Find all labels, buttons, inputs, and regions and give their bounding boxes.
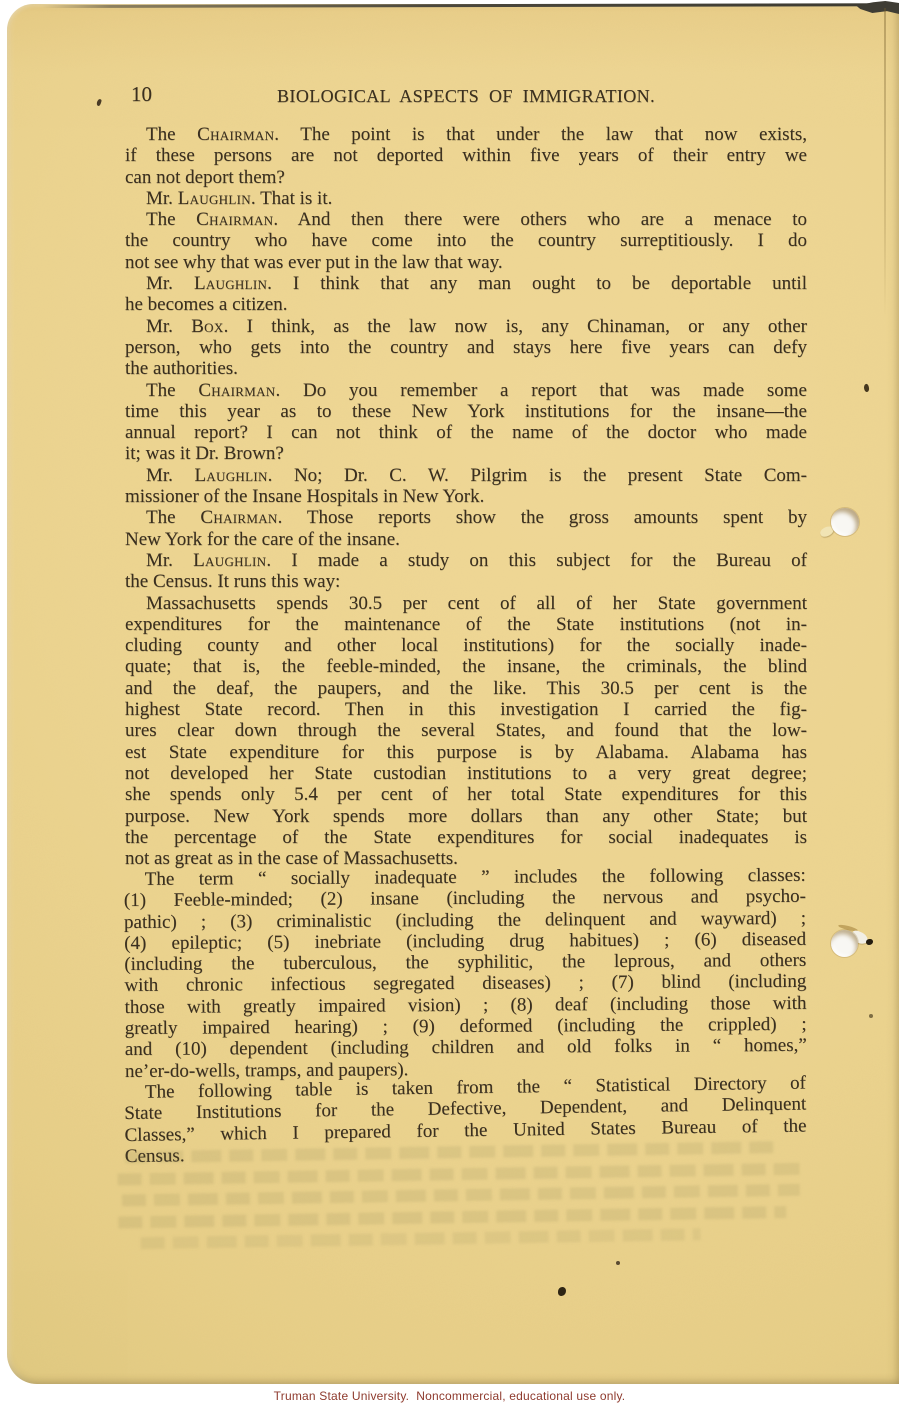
text-segment: the country who have come into the count… [125,230,807,251]
speaker-name: Laughlin [194,273,267,294]
text-segment: not as great as in the case of Massachus… [125,848,458,869]
paragraph: The term “ socially inadequate ” include… [124,865,807,1082]
paragraph: Massachusetts spends 30.5 per cent of al… [125,593,807,870]
text-line: Mr. Laughlin. I think that any man ought… [125,273,807,294]
text-segment: not see why that was ever put in the law… [125,252,503,273]
page-content: 10 BIOLOGICAL ASPECTS OF IMMIGRATION. Th… [0,0,899,1407]
speaker-name: Laughlin [194,465,267,486]
text-line: not developed her State custodian instit… [125,763,807,784]
text-line: The Chairman. The point is that under th… [125,124,807,145]
paragraph: The Chairman. Do you remember a report t… [125,380,807,465]
text-segment: . That is it. [251,188,332,209]
text-line: time this year as to these New York inst… [125,401,807,422]
text-line: the Census. It runs this way: [125,571,807,592]
text-line: expenditures for the maintenance of the … [125,614,807,635]
text-line: he becomes a citizen. [125,294,807,315]
footer-credit: Truman State University. Noncommercial, … [274,1389,626,1403]
text-line: The Chairman. Do you remember a report t… [125,380,807,401]
text-line: The Chairman. Those reports show the gro… [125,507,807,528]
text-segment: . I made a study on this subject for the… [266,550,807,571]
paragraph: The Chairman. The point is that under th… [125,124,807,188]
text-segment: purpose. New York spends more dollars th… [125,806,807,827]
punch-hole [831,930,858,957]
text-segment: est State expenditure for this purpose i… [125,742,807,763]
text-segment: the percentage of the State expenditures… [125,827,807,848]
text-line: Mr. Box. I think, as the law now is, any… [125,316,807,337]
text-segment: Mr. [146,316,191,337]
text-segment: The [146,380,198,401]
text-segment: The [146,124,197,145]
paragraph: Mr. Laughlin. No; Dr. C. W. Pilgrim is t… [125,465,807,508]
text-segment: she spends only 5.4 per cent of her tota… [125,784,807,805]
text-line: the percentage of the State expenditures… [125,827,807,848]
text-segment: cluding county and other local instituti… [125,635,807,656]
text-segment: the authorities. [125,358,238,379]
text-line: ures clear down through the several Stat… [125,720,807,741]
text-segment: . No; Dr. C. W. Pilgrim is the present S… [268,465,807,486]
text-line: cluding county and other local instituti… [125,635,807,656]
speaker-name: Laughlin [193,550,266,571]
underlying-page-edge [884,8,886,318]
text-segment: quate; that is, the feeble-minded, the i… [125,656,807,677]
text-line: it; was it Dr. Brown? [125,443,807,464]
text-line: person, who gets into the country and st… [125,337,807,358]
punch-hole [831,508,859,536]
text-line: annual report? I can not think of the na… [125,422,807,443]
text-segment: . I think that any man ought to be depor… [267,273,807,294]
text-line: purpose. New York spends more dollars th… [125,806,807,827]
text-line: she spends only 5.4 per cent of her tota… [125,784,807,805]
text-segment: Mr. [146,273,194,294]
text-line: highest State record. Then in this inves… [125,699,807,720]
text-segment: . And then there were others who are a m… [273,209,807,230]
ghost-text-line [118,1206,786,1228]
text-line: quate; that is, the feeble-minded, the i… [125,656,807,677]
bleed-through-text [117,1141,819,1259]
footer-strip: Truman State University. Noncommercial, … [0,1384,899,1407]
ink-speck [869,1014,873,1018]
text-line: The Chairman. And then there were others… [125,209,807,230]
text-line: the country who have come into the count… [125,230,807,251]
text-segment: not developed her State custodian instit… [125,763,807,784]
paragraph: Mr. Laughlin. That is it. [125,188,807,209]
text-line: Mr. Laughlin. That is it. [125,188,807,209]
text-segment: Mr. [146,550,193,571]
text-line: if these persons are not deported within… [125,145,807,166]
text-line: not see why that was ever put in the law… [125,252,807,273]
text-segment: can not deport them? [125,167,285,188]
paragraph: Mr. Box. I think, as the law now is, any… [125,316,807,380]
text-segment: ures clear down through the several Stat… [125,720,807,741]
text-line: Massachusetts spends 30.5 per cent of al… [125,593,807,614]
text-segment: . Do you remember a report that was made… [276,380,808,401]
speaker-name: Chairman [198,380,275,401]
text-segment: he becomes a citizen. [125,294,287,315]
text-segment: . I think, as the law now is, any Chinam… [224,316,807,337]
speaker-name: Chairman [197,124,274,145]
ghost-text-line [141,1228,701,1249]
text-segment: person, who gets into the country and st… [125,337,807,358]
paragraph: The Chairman. Those reports show the gro… [125,507,807,550]
running-header: BIOLOGICAL ASPECTS OF IMMIGRATION. [125,86,807,107]
speaker-name: Box [191,316,223,337]
text-segment: Massachusetts spends 30.5 per cent of al… [146,593,807,614]
text-segment: New York for the care of the insane. [125,529,400,550]
ghost-text-line [122,1184,800,1207]
text-segment: The [146,209,196,230]
paragraph: Mr. Laughlin. I made a study on this sub… [125,550,807,593]
text-line: can not deport them? [125,167,807,188]
text-segment: and the deaf, the paupers, and the like.… [125,678,807,699]
speaker-name: Chairman [200,507,277,528]
text-line: missioner of the Insane Hospitals in New… [125,486,807,507]
text-segment: expenditures for the maintenance of the … [125,614,807,635]
ghost-text-line [118,1162,806,1185]
text-segment: if these persons are not deported within… [125,145,807,166]
scanned-document-page: 10 BIOLOGICAL ASPECTS OF IMMIGRATION. Th… [0,0,899,1407]
text-segment: and (10) dependent (including children a… [125,1036,807,1061]
text-segment: the Census. It runs this way: [125,571,340,592]
text-line: Mr. Laughlin. No; Dr. C. W. Pilgrim is t… [125,465,807,486]
text-line: Mr. Laughlin. I made a study on this sub… [125,550,807,571]
text-line: and the deaf, the paupers, and the like.… [125,678,807,699]
text-segment: highest State record. Then in this inves… [125,699,807,720]
text-segment: annual report? I can not think of the na… [125,422,807,443]
speaker-name: Chairman [196,209,273,230]
speaker-name: Laughlin [178,188,251,209]
text-segment: missioner of the Insane Hospitals in New… [125,486,484,507]
text-line: New York for the care of the insane. [125,529,807,550]
text-line: the authorities. [125,358,807,379]
body-text: The Chairman. The point is that under th… [125,124,807,1168]
text-segment: it; was it Dr. Brown? [125,443,284,464]
paragraph: The Chairman. And then there were others… [125,209,807,273]
text-segment: . Those reports show the gross amounts s… [278,507,807,528]
text-segment: . The point is that under the law that n… [274,124,807,145]
text-segment: Mr. [146,465,194,486]
text-segment: The [146,507,200,528]
text-segment: Mr. [146,188,178,209]
text-segment: time this year as to these New York inst… [125,401,807,422]
paragraph: Mr. Laughlin. I think that any man ought… [125,273,807,316]
ink-speck [616,1261,620,1265]
text-line: est State expenditure for this purpose i… [125,742,807,763]
